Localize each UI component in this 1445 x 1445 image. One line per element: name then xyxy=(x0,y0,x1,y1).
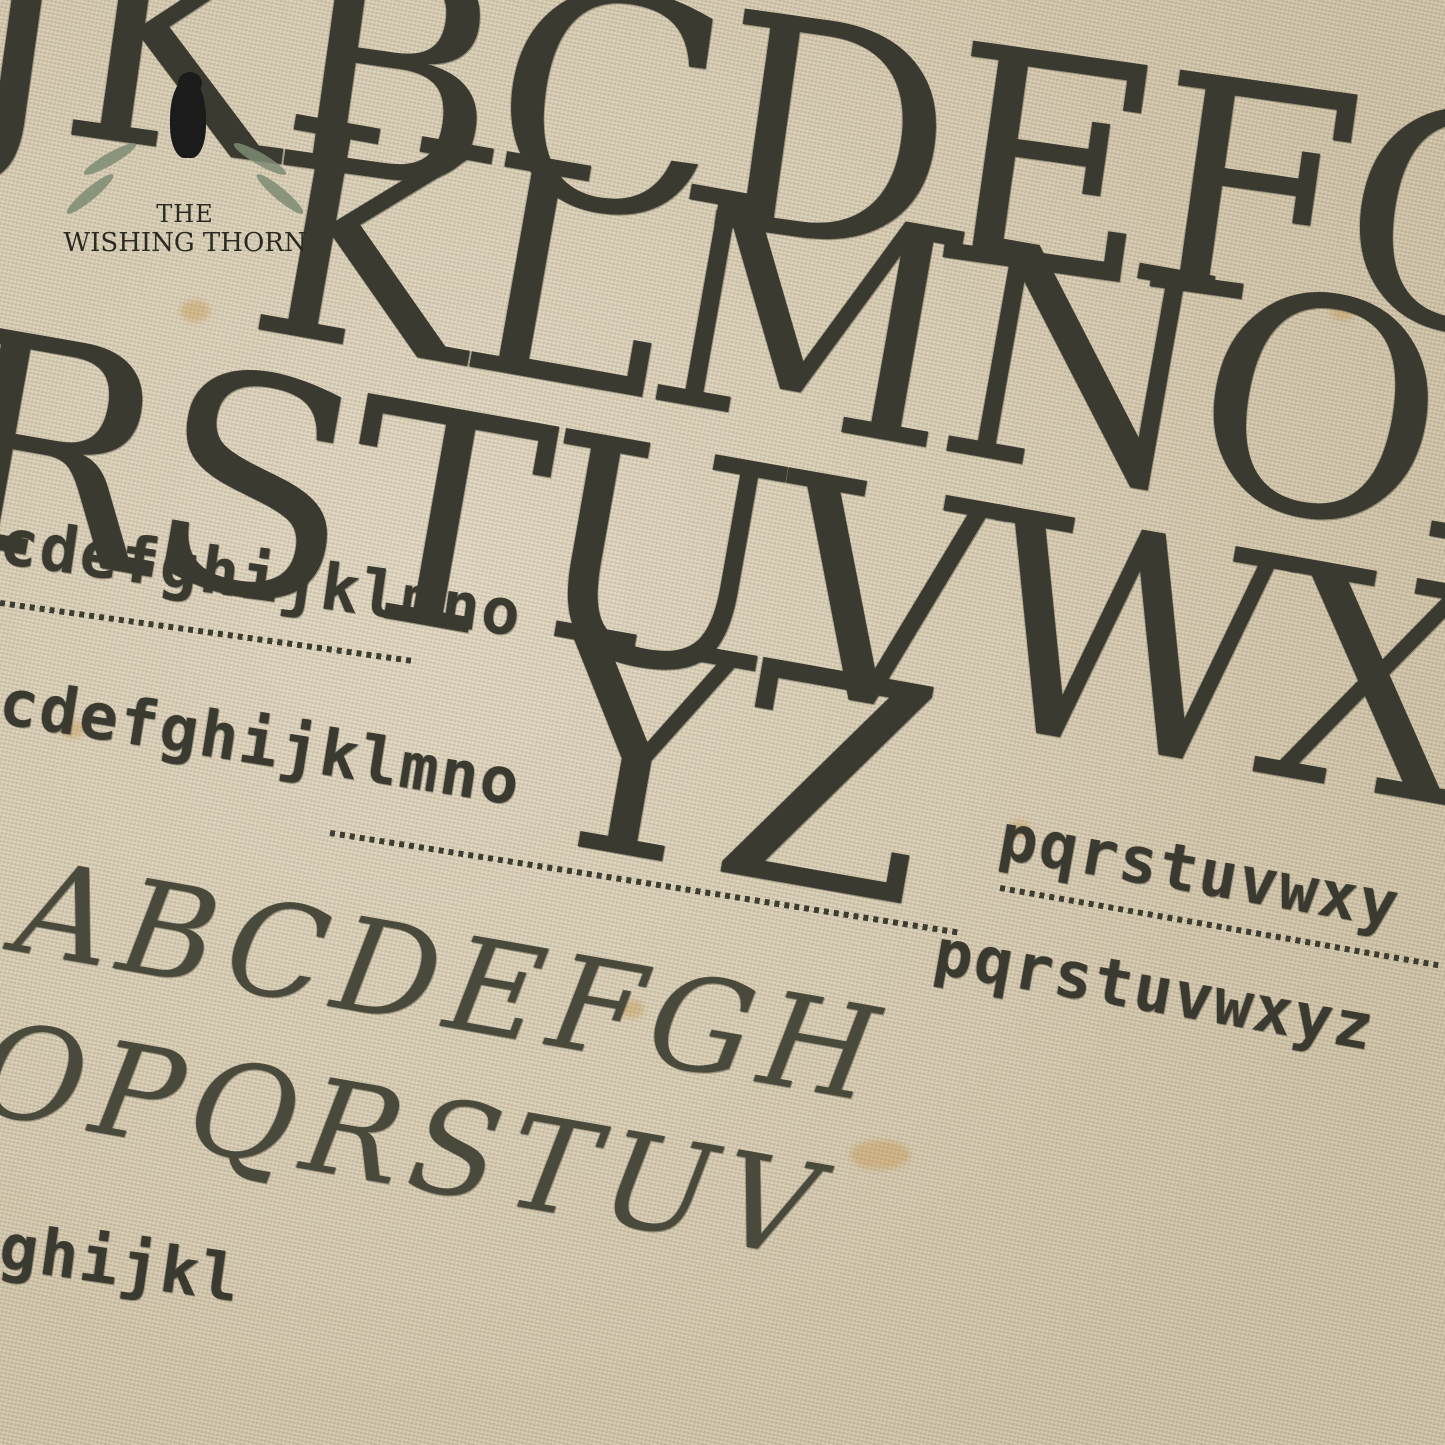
lowercase-row-4: pqrstuvwxyz xyxy=(929,916,1381,1066)
watermark-logo: THE WISHING THORN xyxy=(40,78,330,268)
stain xyxy=(850,1140,910,1170)
lowercase-row-5: ghijkl xyxy=(0,1210,246,1317)
sampler-photo: JKBCDEFG KLMNOPQ RSTUVWX YZ cdefghijklmn… xyxy=(0,0,1445,1445)
logo-line-2: WISHING THORN xyxy=(30,228,340,258)
logo-line-1: THE xyxy=(40,200,330,228)
blackbird-icon xyxy=(170,78,206,158)
uppercase-row-4: YZ xyxy=(510,563,951,974)
